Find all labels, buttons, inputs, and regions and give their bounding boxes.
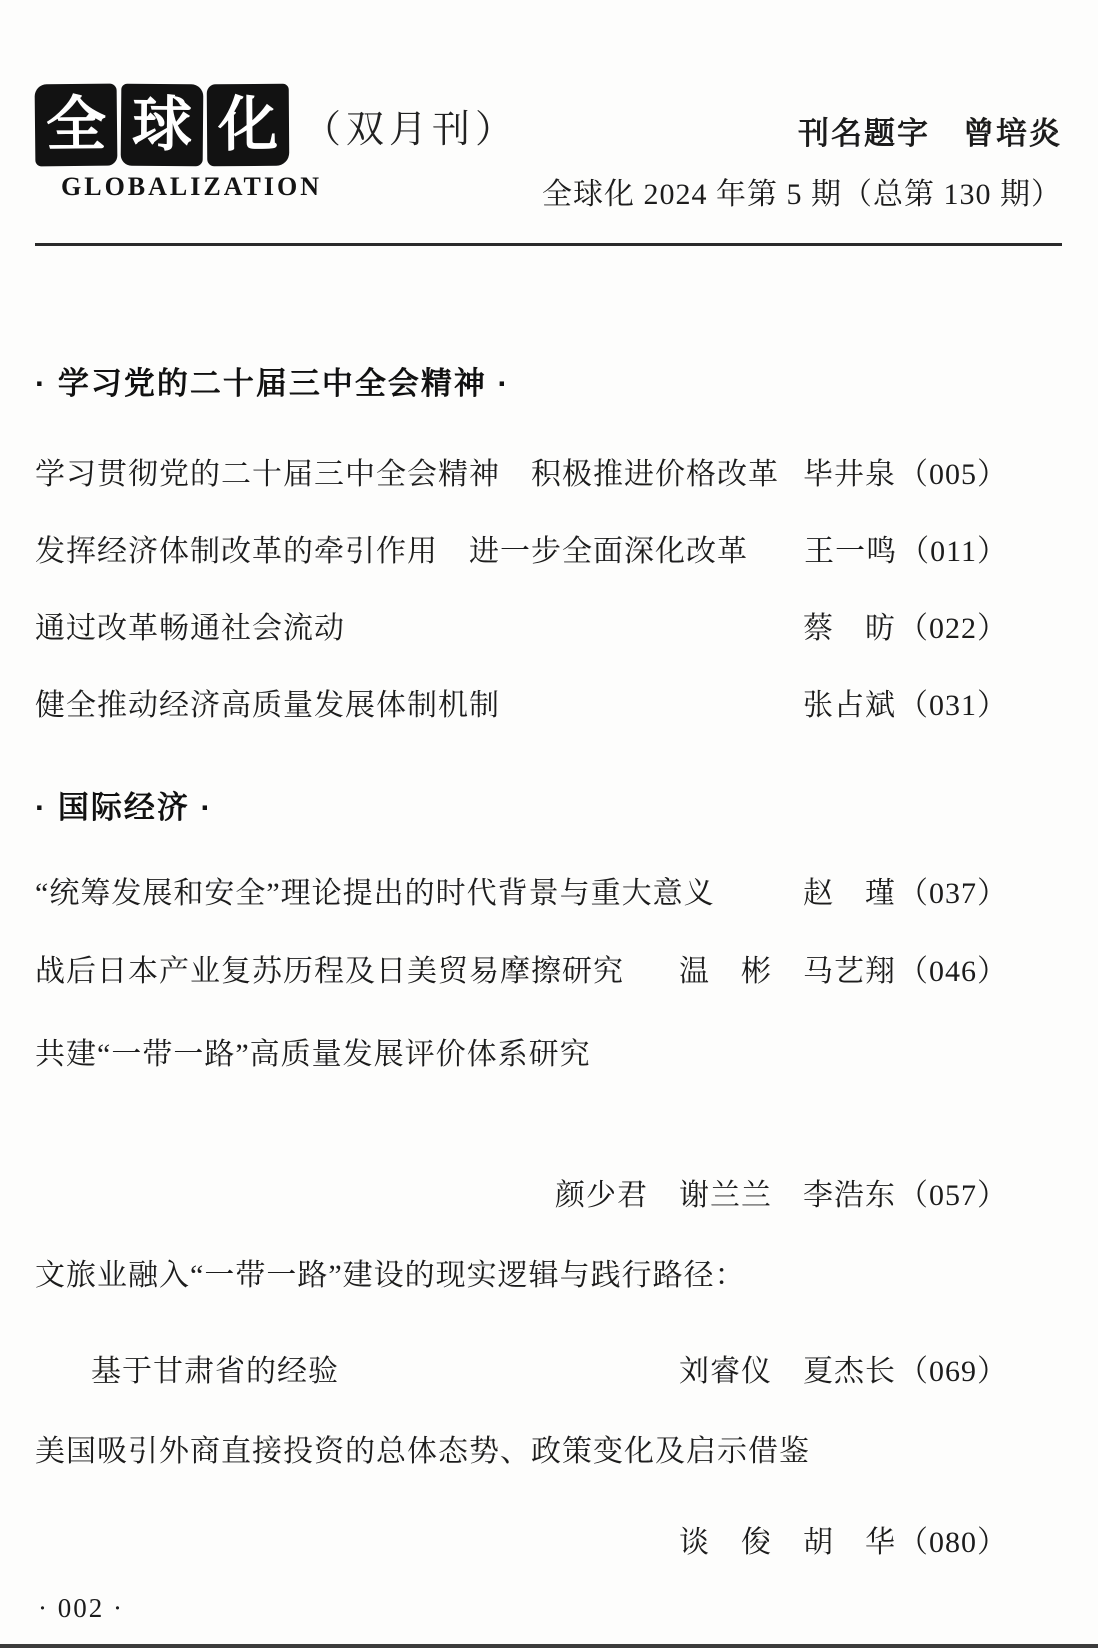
entry-byline: 毕井泉（005）	[803, 459, 1008, 491]
toc-entry: 健全推动经济高质量发展体制机制 张占斌（031）	[35, 690, 1008, 722]
seal-char-hua: 化	[207, 84, 290, 167]
entry-page-number: （080）	[898, 1526, 1008, 1559]
entry-authors: 刘睿仪 夏杰长	[679, 1355, 896, 1388]
page-number: · 002 ·	[38, 1593, 124, 1624]
entry-byline: 谈 俊 胡 华（080）	[679, 1527, 1008, 1559]
entry-title: “统筹发展和安全”理论提出的时代背景与重大意义	[35, 878, 715, 910]
entry-page-number: （011）	[899, 535, 1008, 568]
toc-entry: “统筹发展和安全”理论提出的时代背景与重大意义 赵 瑾（037）	[35, 878, 1008, 910]
entry-title: 文旅业融入“一带一路”建设的现实逻辑与践行路径：	[35, 1260, 746, 1292]
entry-title: 共建“一带一路”高质量发展评价体系研究	[35, 1039, 591, 1071]
issue-info: 全球化 2024 年第 5 期（总第 130 期）	[542, 169, 1062, 213]
seal-script-logo: 全 球 化	[35, 84, 289, 166]
entry-byline: 王一鸣（011）	[804, 536, 1008, 568]
toc-entry: 文旅业融入“一带一路”建设的现实逻辑与践行路径：	[35, 1260, 1008, 1292]
toc-entry: 战后日本产业复苏历程及日美贸易摩擦研究 温 彬 马艺翔（046）	[35, 956, 1008, 988]
entry-authors: 张占斌	[803, 689, 896, 722]
entry-byline: 蔡 昉（022）	[803, 613, 1008, 645]
section-title-international-economy: · 国际经济 ·	[35, 782, 1008, 827]
magazine-toc-page: 全 球 化 （双月刊） GLOBALIZATION 刊名题字 曾培炎 全球化 2…	[0, 0, 1098, 1648]
calligraphy-credit: 刊名题字 曾培炎	[542, 108, 1062, 153]
page-bottom-edge	[0, 1644, 1098, 1648]
journal-logo: 全 球 化 （双月刊） GLOBALIZATION	[35, 84, 518, 202]
entry-title: 美国吸引外商直接投资的总体态势、政策变化及启示借鉴	[35, 1436, 810, 1468]
entry-title: 通过改革畅通社会流动	[35, 613, 345, 645]
entry-byline: 刘睿仪 夏杰长（069）	[679, 1356, 1008, 1388]
entry-authors: 颜少君 谢兰兰 李浩东	[555, 1179, 896, 1212]
entry-page-number: （069）	[898, 1355, 1008, 1388]
header-divider	[35, 243, 1062, 246]
toc-entry-authors-line: 谈 俊 胡 华（080）	[35, 1527, 1008, 1559]
journal-title-row: 全 球 化 （双月刊）	[35, 84, 518, 166]
entry-page-number: （057）	[898, 1179, 1008, 1212]
entry-authors: 温 彬 马艺翔	[679, 955, 896, 988]
entry-authors: 蔡 昉	[803, 612, 896, 645]
section-title-plenum-spirit: · 学习党的二十届三中全会精神 ·	[35, 358, 1008, 403]
biweekly-label: （双月刊）	[303, 98, 518, 153]
journal-name-english: GLOBALIZATION	[61, 172, 518, 202]
toc-entry: 美国吸引外商直接投资的总体态势、政策变化及启示借鉴	[35, 1436, 1008, 1468]
toc-entry: 通过改革畅通社会流动 蔡 昉（022）	[35, 613, 1008, 645]
header-issue-block: 刊名题字 曾培炎 全球化 2024 年第 5 期（总第 130 期）	[542, 84, 1062, 213]
entry-title: 战后日本产业复苏历程及日美贸易摩擦研究	[35, 956, 624, 988]
entry-authors: 赵 瑾	[803, 877, 896, 910]
entry-authors: 谈 俊 胡 华	[679, 1526, 896, 1559]
entry-subtitle: 基于甘肃省的经验	[35, 1356, 339, 1388]
toc-entry: 发挥经济体制改革的牵引作用 进一步全面深化改革 王一鸣（011）	[35, 536, 1008, 568]
toc-entry: 学习贯彻党的二十届三中全会精神 积极推进价格改革 毕井泉（005）	[35, 459, 1008, 491]
entry-title: 健全推动经济高质量发展体制机制	[35, 690, 500, 722]
entry-title: 发挥经济体制改革的牵引作用 进一步全面深化改革	[35, 536, 748, 568]
toc-entry: 共建“一带一路”高质量发展评价体系研究	[35, 1039, 1008, 1071]
seal-char-quan: 全	[35, 84, 118, 167]
entry-byline: 张占斌（031）	[803, 690, 1008, 722]
entry-page-number: （046）	[898, 955, 1008, 988]
entry-title: 学习贯彻党的二十届三中全会精神 积极推进价格改革	[35, 459, 779, 491]
entry-page-number: （037）	[898, 877, 1008, 910]
seal-char-qiu: 球	[121, 84, 204, 167]
entry-byline: 颜少君 谢兰兰 李浩东（057）	[555, 1180, 1008, 1212]
page-header: 全 球 化 （双月刊） GLOBALIZATION 刊名题字 曾培炎 全球化 2…	[35, 84, 1062, 213]
entry-page-number: （031）	[898, 689, 1008, 722]
entry-authors: 王一鸣	[804, 535, 897, 568]
entry-page-number: （022）	[898, 612, 1008, 645]
entry-authors: 毕井泉	[803, 458, 896, 491]
table-of-contents: · 学习党的二十届三中全会精神 · 学习贯彻党的二十届三中全会精神 积极推进价格…	[35, 358, 1062, 1558]
entry-byline: 赵 瑾（037）	[803, 878, 1008, 910]
toc-entry-subtitle-line: 基于甘肃省的经验 刘睿仪 夏杰长（069）	[35, 1356, 1008, 1388]
entry-byline: 温 彬 马艺翔（046）	[679, 956, 1008, 988]
toc-entry-authors-line: 颜少君 谢兰兰 李浩东（057）	[35, 1180, 1008, 1212]
entry-page-number: （005）	[898, 458, 1008, 491]
